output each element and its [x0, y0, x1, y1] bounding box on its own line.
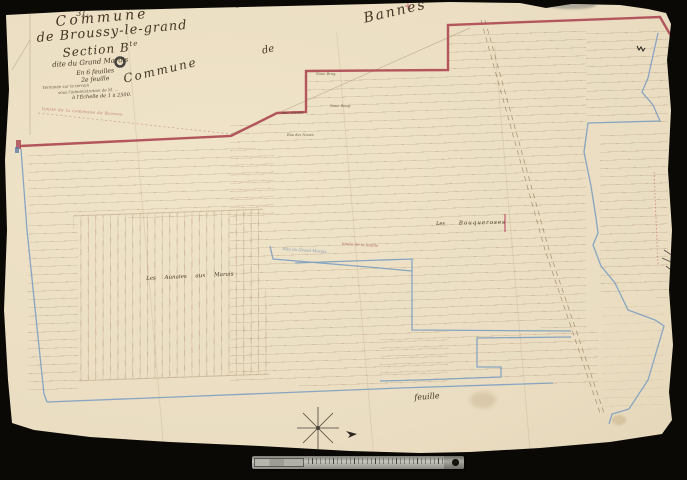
- tiny-parcel-label: Rau des Noues: [287, 133, 314, 137]
- lieu-dit-center: LesBouqueroses: [436, 220, 506, 227]
- compass-rose-icon: [297, 407, 339, 449]
- red-dashed-limit: [654, 172, 658, 266]
- dotted-commune-limit: [38, 113, 231, 134]
- lieu-dit-center-article: Les: [436, 221, 445, 227]
- adjacent-sheet-label: feuille: [414, 391, 440, 402]
- dashed-road: [481, 20, 604, 413]
- ink-mark: [637, 46, 645, 51]
- map-paper-sheet: 31. Commune de Broussy-le-grand Section …: [0, 0, 687, 480]
- ruler-tick-marks: [308, 458, 446, 464]
- tiny-parcel-label: anc. chemin: [282, 111, 304, 115]
- ruler-label-zone: [255, 459, 303, 466]
- north-arrow-icon: [346, 431, 357, 438]
- scanned-map-page: 31. Commune de Broussy-le-grand Section …: [0, 0, 687, 480]
- boundary-start-blue-mark: [15, 147, 19, 153]
- tiny-parcel-label: Noue Brug.: [316, 72, 336, 76]
- lieu-dit-center-name: Bouqueroses: [459, 220, 506, 227]
- ruler-end-cap: [444, 456, 464, 469]
- section-superscript: te: [129, 39, 139, 48]
- scale-ruler: [252, 456, 464, 469]
- edge-pen-flourish: [662, 250, 676, 274]
- ruler-hole: [452, 459, 459, 466]
- tiny-parcel-label: Noue Roug.: [330, 104, 351, 108]
